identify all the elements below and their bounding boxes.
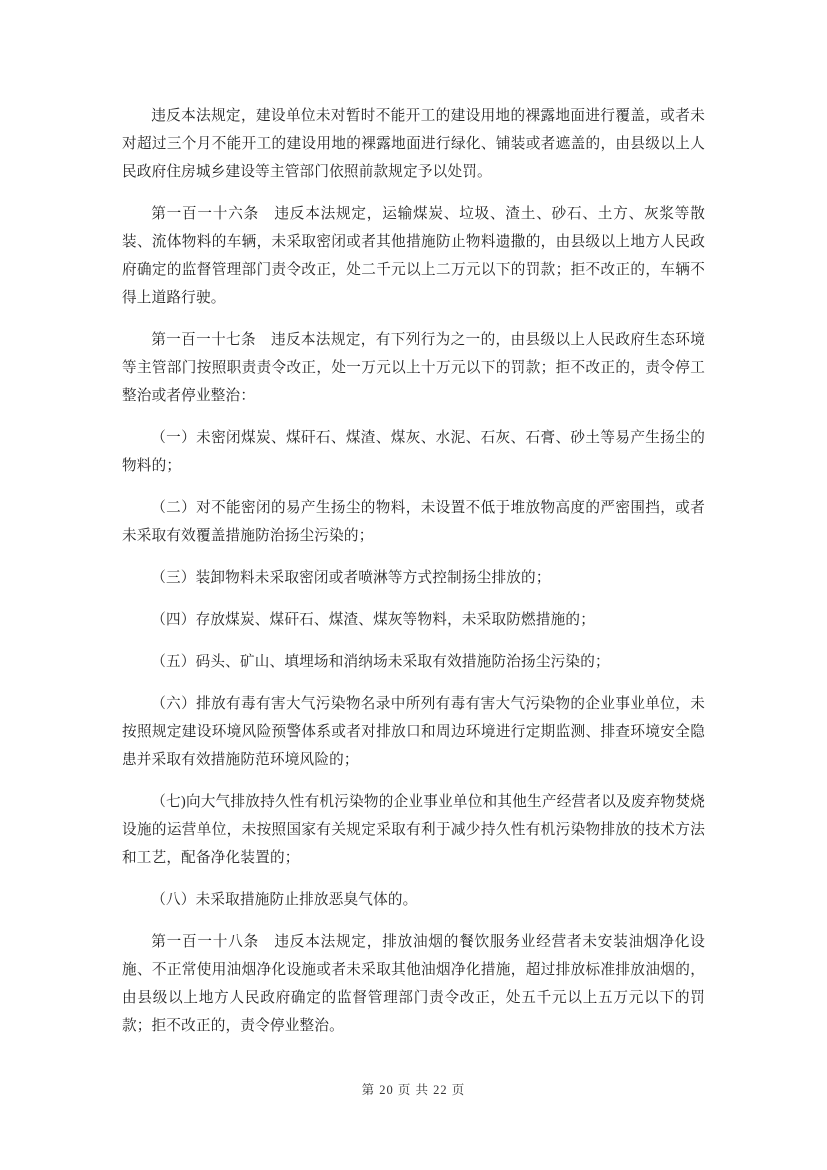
para-article-117-item-1: （一）未密闭煤炭、煤矸石、煤渣、煤灰、水泥、石灰、石膏、砂土等易产生扬尘的物料的… (122, 424, 705, 480)
para-article-117-item-8: （八）未采取措施防止排放恶臭气体的。 (122, 886, 705, 914)
para-article-117-item-6: （六）排放有毒有害大气污染物名录中所列有毒有害大气污染物的企业事业单位，未按照规… (122, 690, 705, 774)
document-page: 违反本法规定，建设单位未对暂时不能开工的建设用地的裸露地面进行覆盖，或者未对超过… (0, 0, 827, 1170)
document-body: 违反本法规定，建设单位未对暂时不能开工的建设用地的裸露地面进行覆盖，或者未对超过… (122, 102, 705, 1040)
para-article-117-item-4: （四）存放煤炭、煤矸石、煤渣、煤灰等物料，未采取防燃措施的； (122, 606, 705, 634)
para-article-117-item-7: （七)向大气排放持久性有机污染物的企业事业单位和其他生产经营者以及废弃物焚烧设施… (122, 788, 705, 872)
page-footer: 第 20 页 共 22 页 (0, 1080, 827, 1099)
para-article-117-intro: 第一百一十七条 违反本法规定，有下列行为之一的，由县级以上人民政府生态环境等主管… (122, 326, 705, 410)
para-article-117-item-2: （二）对不能密闭的易产生扬尘的物料，未设置不低于堆放物高度的严密围挡，或者未采取… (122, 494, 705, 550)
para-article-115-continuation: 违反本法规定，建设单位未对暂时不能开工的建设用地的裸露地面进行覆盖，或者未对超过… (122, 102, 705, 186)
para-article-117-item-5: （五）码头、矿山、填埋场和消纳场未采取有效措施防治扬尘污染的； (122, 648, 705, 676)
page-number-text: 第 20 页 共 22 页 (362, 1083, 466, 1097)
para-article-116: 第一百一十六条 违反本法规定，运输煤炭、垃圾、渣土、砂石、土方、灰浆等散装、流体… (122, 200, 705, 312)
para-article-118: 第一百一十八条 违反本法规定，排放油烟的餐饮服务业经营者未安装油烟净化设施、不正… (122, 928, 705, 1040)
para-article-117-item-3: （三）装卸物料未采取密闭或者喷淋等方式控制扬尘排放的； (122, 564, 705, 592)
